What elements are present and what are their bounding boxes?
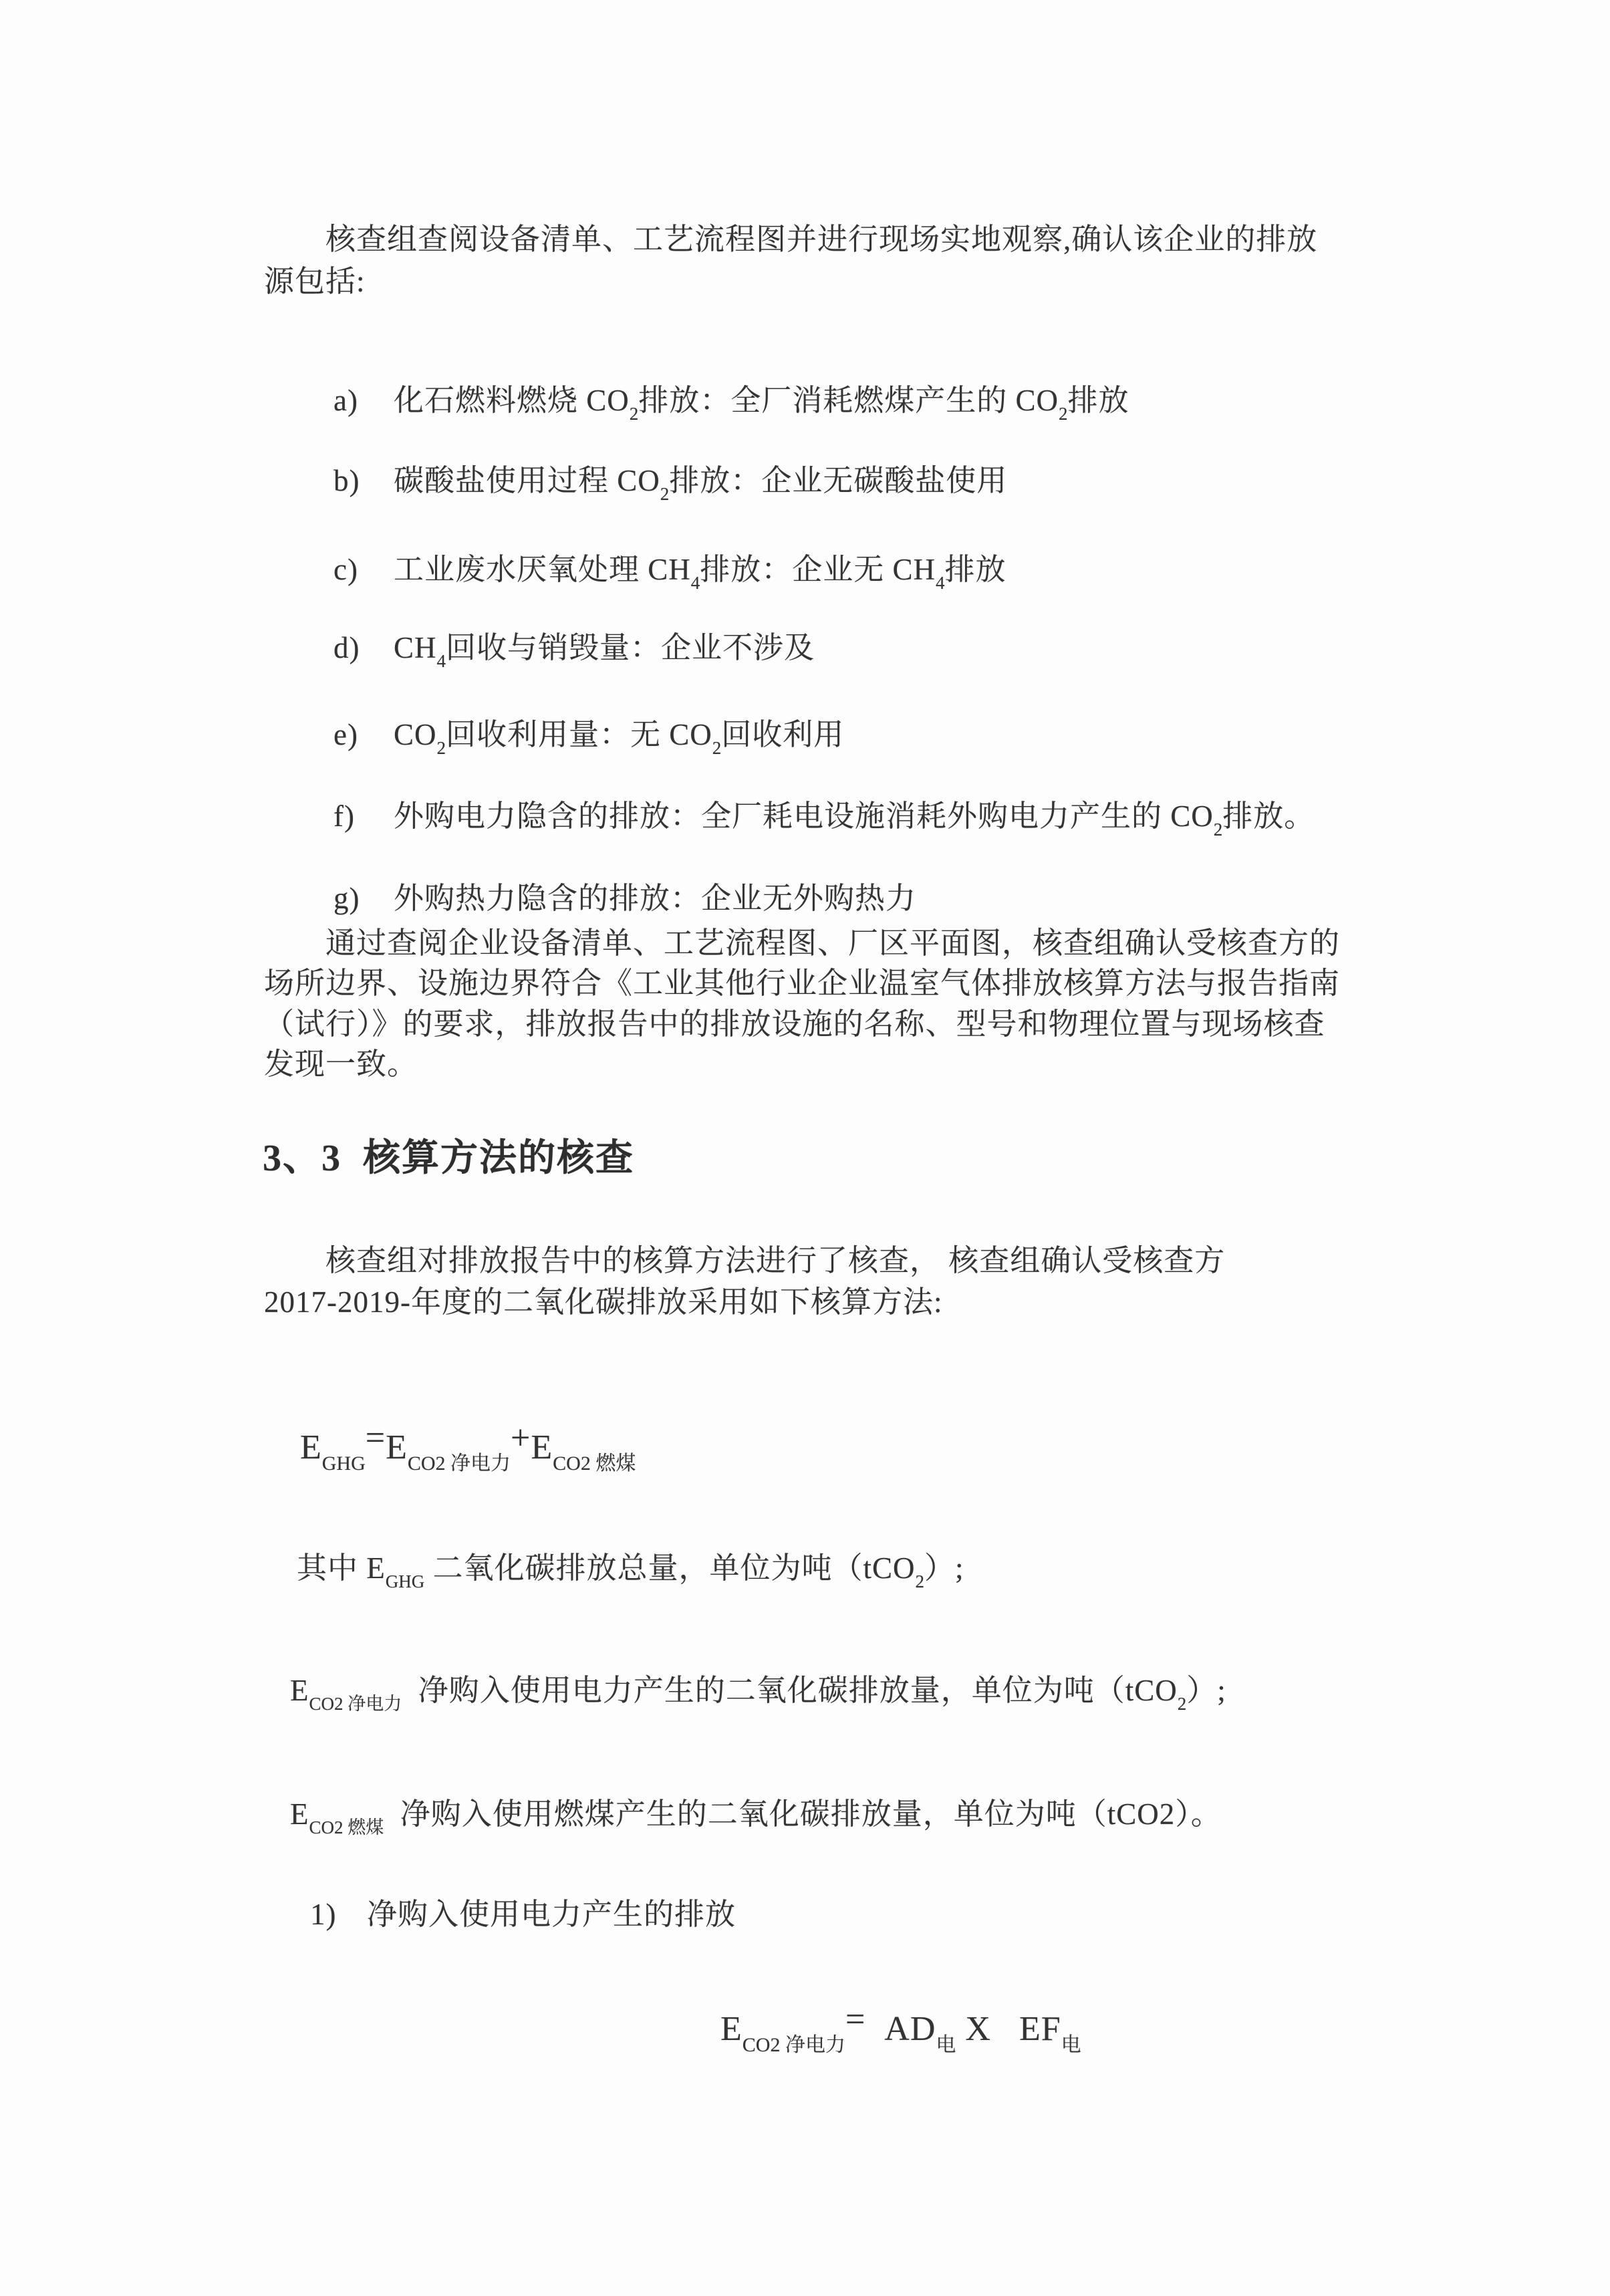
equals-sign: = bbox=[366, 1419, 386, 1457]
item-marker: g) bbox=[333, 880, 394, 917]
item-marker: e) bbox=[333, 716, 394, 753]
item-text: CH4回收与销毁量：企业不涉及 bbox=[394, 631, 815, 664]
total-emission-formula: EGHG=ECO2 净电力+ECO2 燃煤 bbox=[263, 1382, 636, 1513]
eghg-subscript: GHG bbox=[322, 1452, 366, 1475]
subscript: 2 bbox=[1178, 1694, 1187, 1714]
eghg-term: E bbox=[300, 1428, 322, 1466]
equals-sign: = bbox=[845, 2001, 865, 2039]
subscript: 4 bbox=[437, 651, 446, 671]
eco2-coal-subscript: CO2 燃煤 bbox=[553, 1452, 636, 1475]
item-marker: f) bbox=[333, 797, 394, 835]
item-text: CO2回收利用量：无 CO2回收利用 bbox=[394, 718, 844, 751]
item-text-segment: 化石燃料燃烧 CO bbox=[394, 384, 630, 417]
method-line-1: 核查组对排放报告中的核算方法进行了核查， 核查组确认受核查方 bbox=[325, 1242, 1225, 1279]
subscript: 4 bbox=[691, 573, 700, 593]
item-text: 工业废水厌氧处理 CH4排放：企业无 CH4排放 bbox=[394, 553, 1007, 586]
item-text-segment: 外购电力隐含的排放：全厂耗电设施消耗外购电力产生的 CO bbox=[394, 799, 1214, 833]
item-text-segment: 回收与销毁量：企业不涉及 bbox=[446, 631, 815, 664]
plus-sign: + bbox=[511, 1419, 531, 1457]
subscript: 2 bbox=[660, 484, 670, 504]
definition-text-segment: ）; bbox=[924, 1551, 964, 1585]
subscript: CO2 净电力 bbox=[309, 1694, 402, 1714]
item-text: 碳酸盐使用过程 CO2排放：企业无碳酸盐使用 bbox=[394, 464, 1007, 497]
definition-eghg: 其中 EGHG 二氧化碳排放总量，单位为吨（tCO2）; bbox=[264, 1512, 964, 1625]
item-text-segment: CO bbox=[394, 718, 437, 751]
item-text: 外购电力隐含的排放：全厂耗电设施消耗外购电力产生的 CO2排放。 bbox=[394, 799, 1315, 833]
item-text-segment: 工业废水厌氧处理 CH bbox=[394, 553, 691, 586]
intro-line-1: 核查组查阅设备清单、工艺流程图并进行现场实地观察,确认该企业的排放 bbox=[325, 221, 1317, 258]
subscript: 2 bbox=[1059, 404, 1068, 424]
eco2-electricity-subscript: CO2 净电力 bbox=[743, 2034, 845, 2056]
ef-subscript: 电 bbox=[1061, 2034, 1081, 2056]
item-text: 化石燃料燃烧 CO2排放：全厂消耗燃煤产生的 CO2排放 bbox=[394, 384, 1129, 417]
document-page: 核查组查阅设备清单、工艺流程图并进行现场实地观察,确认该企业的排放 源包括: a… bbox=[0, 0, 1610, 2296]
multiplication-sign-and-ef-term: X EF bbox=[956, 2010, 1061, 2048]
item-text-segment: 排放。 bbox=[1222, 799, 1315, 833]
definition-text-segment: 二氧化碳排放总量，单位为吨（tCO bbox=[424, 1551, 915, 1585]
method-line-2: 2017-2019-年度的二氧化碳排放采用如下核算方法: bbox=[264, 1283, 942, 1321]
definition-text-segment: E bbox=[290, 1674, 309, 1707]
eco2-electricity-term: E bbox=[386, 1428, 408, 1466]
boundary-line-2: 场所边界、设施边界符合《工业其他行业企业温室气体排放核算方法与报告指南 bbox=[264, 965, 1340, 1002]
item-text-segment: 回收利用 bbox=[721, 718, 844, 751]
item-text-segment: 排放：企业无 CH bbox=[700, 553, 936, 586]
ad-term: AD bbox=[865, 2010, 936, 2048]
subscript: 2 bbox=[712, 738, 722, 758]
definition-eco2-coal: ECO2 燃煤 净购入使用燃煤产生的二氧化碳排放量，单位为吨（tCO2）。 bbox=[257, 1758, 1222, 1871]
subscript: CO2 燃煤 bbox=[309, 1817, 384, 1837]
boundary-line-4: 发现一致。 bbox=[264, 1045, 418, 1083]
item-marker: c) bbox=[333, 551, 394, 588]
subscript: 2 bbox=[1214, 819, 1223, 840]
item-text-segment: 碳酸盐使用过程 CO bbox=[394, 464, 660, 497]
item-marker: a) bbox=[333, 382, 394, 419]
item-marker: 1) bbox=[310, 1896, 367, 1933]
ad-subscript: 电 bbox=[936, 2034, 956, 2056]
item-marker: d) bbox=[333, 629, 394, 666]
definition-text-segment: ）; bbox=[1186, 1674, 1226, 1707]
definition-text-segment: 其中 E bbox=[297, 1551, 386, 1585]
intro-line-2: 源包括: bbox=[264, 263, 366, 300]
section-heading: 3、3 核算方法的核查 bbox=[263, 1135, 634, 1182]
definition-text-segment: 净购入使用电力产生的二氧化碳排放量，单位为吨（tCO bbox=[402, 1674, 1178, 1707]
definition-eco2-electricity: ECO2 净电力 净购入使用电力产生的二氧化碳排放量，单位为吨（tCO2）; bbox=[257, 1634, 1226, 1747]
item-text: 净购入使用电力产生的排放 bbox=[367, 1898, 736, 1931]
electricity-emission-item: 1)净购入使用电力产生的排放 bbox=[277, 1858, 736, 1971]
item-text-segment: 排放：全厂消耗燃煤产生的 CO bbox=[638, 384, 1059, 417]
item-text: 外购热力隐含的排放：企业无外购热力 bbox=[394, 882, 916, 915]
subscript: GHG bbox=[386, 1571, 425, 1591]
item-text-segment: 排放：企业无碳酸盐使用 bbox=[669, 464, 1007, 497]
boundary-line-3: （试行）》的要求，排放报告中的排放设施的名称、型号和物理位置与现场核查 bbox=[264, 1005, 1325, 1043]
item-text-segment: 回收利用量：无 CO bbox=[446, 718, 712, 751]
subscript: 2 bbox=[916, 1571, 925, 1591]
item-text-segment: CH bbox=[394, 631, 437, 664]
item-marker: b) bbox=[333, 462, 394, 499]
eco2-coal-term: E bbox=[531, 1428, 553, 1466]
item-text-segment: 排放 bbox=[945, 553, 1007, 586]
item-text-segment: 排放 bbox=[1068, 384, 1129, 417]
item-text-segment: 外购热力隐含的排放：企业无外购热力 bbox=[394, 882, 916, 915]
eco2-electricity-subscript: CO2 净电力 bbox=[408, 1452, 511, 1475]
boundary-line-1: 通过查阅企业设备清单、工艺流程图、厂区平面图，核查组确认受核查方的 bbox=[325, 924, 1340, 962]
subscript: 2 bbox=[437, 738, 446, 758]
subscript: 4 bbox=[936, 573, 945, 593]
eco2-electricity-term: E bbox=[720, 2010, 743, 2048]
definition-text-segment: 净购入使用燃煤产生的二氧化碳排放量，单位为吨（tCO2）。 bbox=[384, 1797, 1222, 1831]
definition-text-segment: E bbox=[290, 1797, 309, 1831]
subscript: 2 bbox=[630, 404, 639, 424]
electricity-emission-formula: ECO2 净电力= AD电 X EF电 bbox=[683, 1964, 1081, 2094]
